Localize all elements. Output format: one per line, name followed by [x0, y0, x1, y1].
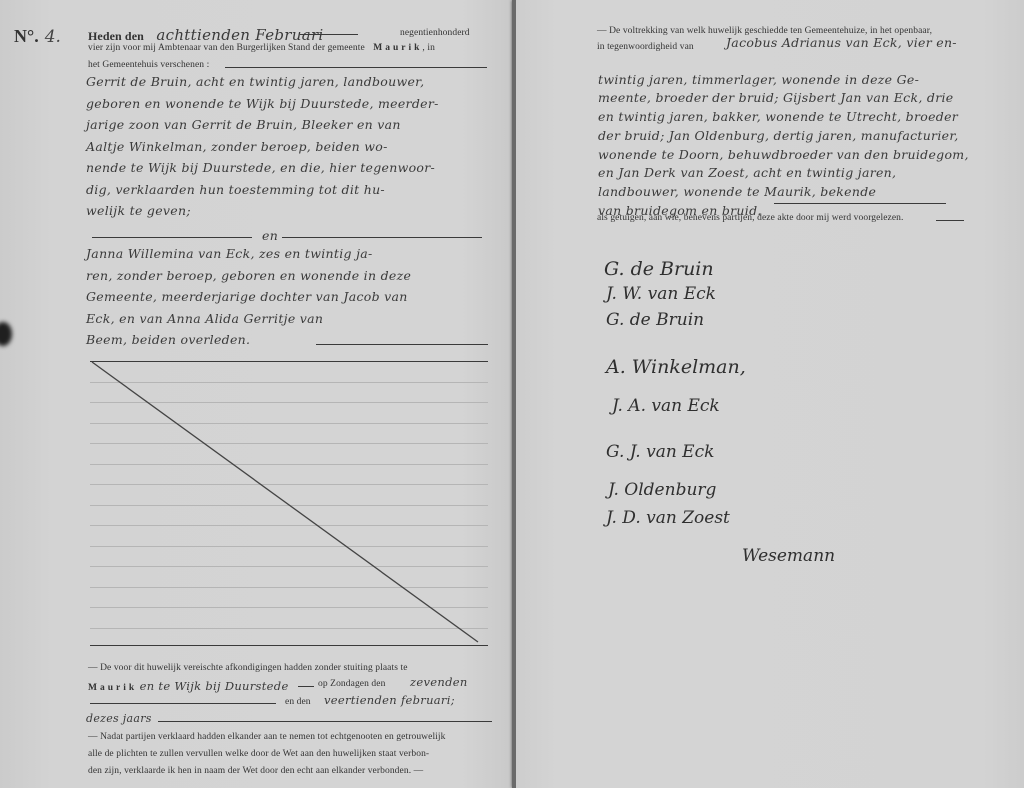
fill-rule — [158, 721, 492, 722]
witness-line: Jacobus Adrianus van Eck, vier en- — [726, 35, 957, 50]
groom-line: jarige zoon van Gerrit de Bruin, Bleeker… — [86, 117, 401, 132]
signature: G. de Bruin — [604, 258, 714, 280]
witness-line: en Jan Derk van Zoest, acht en twintig j… — [598, 165, 896, 180]
signature: G. de Bruin — [606, 310, 704, 330]
fill-rule — [298, 686, 314, 687]
sundays-label: op Zondagen den — [318, 679, 385, 689]
block-bottom-rule — [90, 645, 488, 646]
proclamation-date-2: veertienden februari; — [324, 693, 455, 707]
closing-line: — Nadat partijen verklaard hadden elkand… — [88, 732, 446, 742]
right-page: — De voltrekking van welk huwelijk gesch… — [516, 0, 1024, 788]
fill-rule — [936, 220, 964, 221]
signature: G. J. van Eck — [606, 442, 714, 462]
record-number-value: 4. — [45, 27, 61, 47]
signature: J. Oldenburg — [608, 480, 716, 500]
fill-rule — [225, 67, 487, 68]
intro-date-handwritten: achttienden Februari — [156, 26, 323, 44]
groom-line: Aaltje Winkelman, zonder beroep, beiden … — [86, 139, 388, 154]
proclamation-place: Maurik — [88, 683, 137, 693]
proclamation-date-1: zevenden — [410, 675, 468, 689]
intro-line-1: Heden den achttienden Februari — [88, 26, 324, 44]
bride-line: Gemeente, meerderjarige dochter van Jaco… — [86, 289, 408, 304]
proclamation-line-2: Maurik en te Wijk bij Duurstede — [88, 679, 289, 693]
witness-line: twintig jaren, timmerlager, wonende in d… — [598, 72, 919, 87]
signature: J. W. van Eck — [606, 284, 716, 304]
read-aloud-line: als getuigen, aan wie, benevens partijen… — [597, 213, 904, 223]
fill-rule — [774, 203, 946, 204]
signature: J. D. van Zoest — [606, 508, 730, 528]
intro-line-2-end: , in — [422, 43, 435, 53]
intro-suffix: negentienhonderd — [400, 28, 470, 38]
signature: Wesemann — [742, 546, 835, 566]
fill-rule — [92, 237, 252, 238]
ink-blot — [0, 322, 12, 346]
closing-line: alle de plichten te zullen vervullen wel… — [88, 749, 429, 759]
proclamation-year: dezes jaars — [86, 712, 152, 725]
witness-line: meente, broeder der bruid; Gijsbert Jan … — [598, 90, 953, 105]
bride-line: Janna Willemina van Eck, zes en twintig … — [86, 246, 373, 261]
ceremony-line-2: in tegenwoordigheid van — [597, 42, 694, 52]
signature: A. Winkelman, — [606, 356, 746, 378]
intro-line-2: vier zijn voor mij Ambtenaar van den Bur… — [88, 43, 435, 53]
intro-line-3: het Gemeentehuis verschenen : — [88, 60, 209, 70]
groom-line: Gerrit de Bruin, acht en twintig jaren, … — [86, 74, 424, 89]
closing-line: den zijn, verklaarde ik hen in naam der … — [88, 766, 423, 776]
left-page: N°.4. Heden den achttienden Februari neg… — [0, 0, 512, 788]
groom-line: geboren en wonende te Wijk bij Duurstede… — [86, 96, 439, 111]
witness-line: en twintig jaren, bakker, wonende te Utr… — [598, 109, 958, 124]
groom-line: welijk te geven; — [86, 203, 191, 218]
municipality: Maurik — [373, 43, 422, 53]
groom-line: nende te Wijk bij Duurstede, en die, hie… — [86, 160, 435, 175]
proclamation-place-handwritten: en te Wijk bij Duurstede — [140, 679, 289, 693]
witness-line: wonende te Doorn, behuwdbroeder van den … — [598, 147, 969, 162]
record-number-label: N°. — [14, 26, 39, 46]
and-label: en den — [285, 697, 311, 707]
witness-line: landbouwer, wonende te Maurik, bekende — [598, 184, 876, 199]
intro-line-2-text: vier zijn voor mij Ambtenaar van den Bur… — [88, 43, 365, 53]
bride-line: ren, zonder beroep, geboren en wonende i… — [86, 268, 411, 283]
bride-line: Beem, beiden overleden. — [86, 332, 250, 347]
fill-rule — [300, 34, 358, 35]
fill-rule — [316, 344, 488, 345]
bride-line: Eck, en van Anna Alida Gerritje van — [86, 311, 323, 326]
strike-diagonal — [90, 360, 482, 644]
and-word: en — [262, 228, 278, 243]
intro-prefix: Heden den — [88, 29, 144, 43]
fill-rule — [282, 237, 482, 238]
groom-line: dig, verklaarden hun toestemming tot dit… — [86, 182, 385, 197]
fill-rule — [90, 703, 276, 704]
signature: J. A. van Eck — [612, 396, 720, 416]
proclamation-line-1: — De voor dit huwelijk vereischte afkond… — [88, 663, 408, 673]
record-number: N°.4. — [14, 26, 61, 47]
witness-line: der bruid; Jan Oldenburg, dertig jaren, … — [598, 128, 959, 143]
